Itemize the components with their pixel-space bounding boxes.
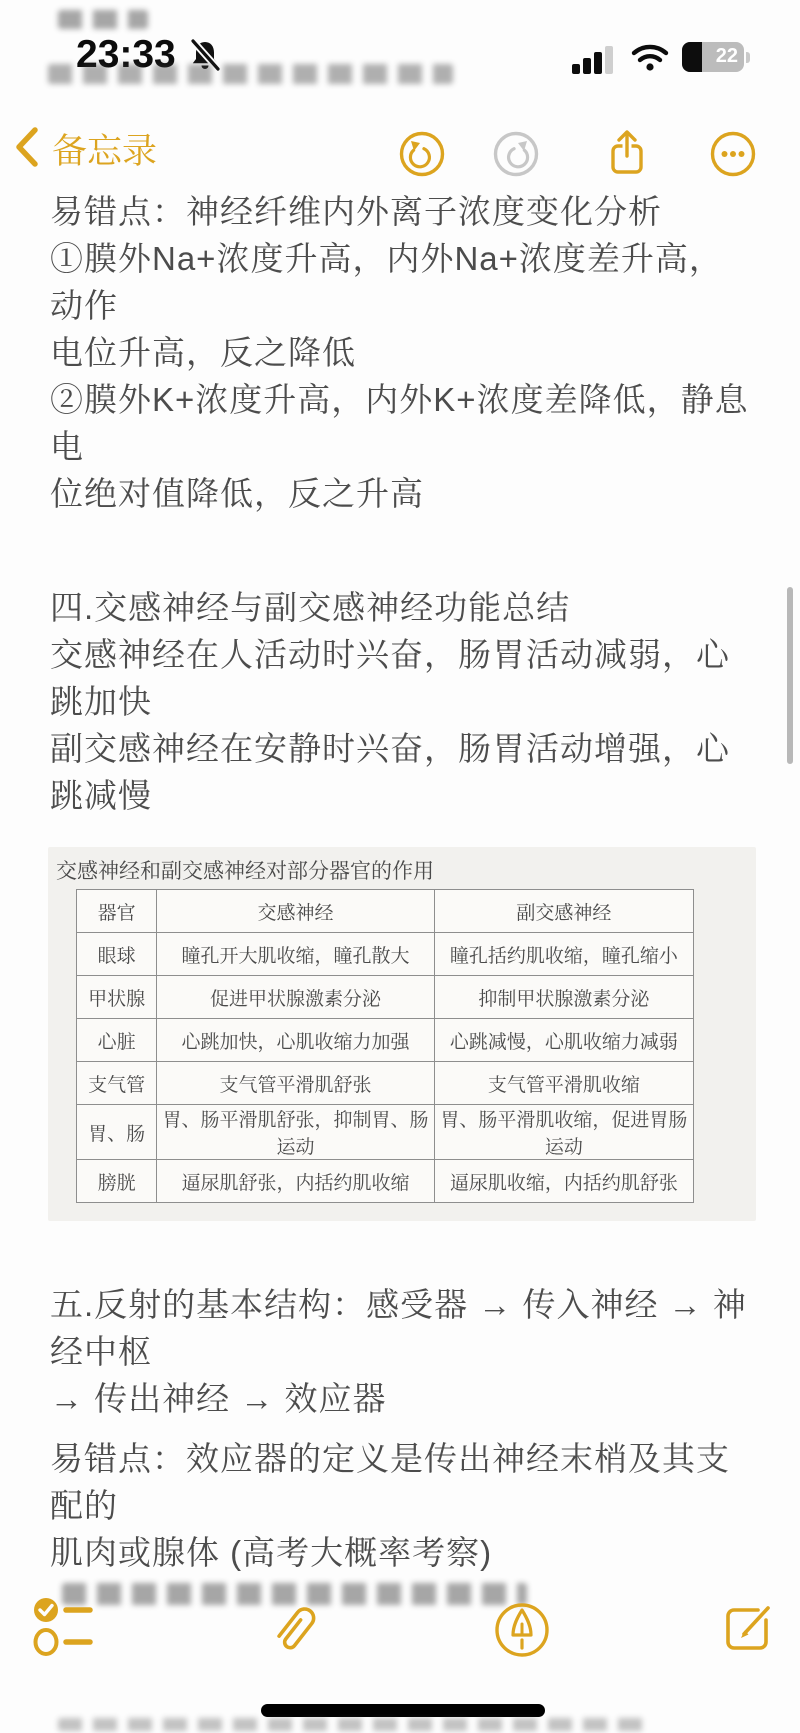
cell-organ: 甲状腺 <box>77 976 157 1019</box>
cell-parasympathetic: 逼尿肌收缩，内括约肌舒张 <box>434 1160 693 1203</box>
undo-button[interactable] <box>398 130 446 183</box>
table-row: 甲状腺 促进甲状腺激素分泌 抑制甲状腺激素分泌 <box>77 976 694 1019</box>
header-sympathetic: 交感神经 <box>157 890 435 933</box>
compose-button[interactable] <box>718 1598 780 1665</box>
paperclip-button[interactable] <box>264 1598 324 1667</box>
cell-organ: 心脏 <box>77 1019 157 1062</box>
cell-organ: 膀胱 <box>77 1160 157 1203</box>
note-paragraph-effector-note[interactable]: 易错点：效应器的定义是传出神经末梢及其支配的 肌肉或腺体 (高考大概率考察) <box>50 1435 756 1576</box>
cell-sympathetic: 瞳孔开大肌收缩，瞳孔散大 <box>157 933 435 976</box>
note-paragraph-sympathetic-summary[interactable]: 四.交感神经与副交感神经功能总结 交感神经在人活动时兴奋，肠胃活动减弱，心 跳加… <box>50 584 756 819</box>
cell-organ: 支气管 <box>77 1062 157 1105</box>
header-organ: 器官 <box>77 890 157 933</box>
ghost-text-artifact <box>48 64 453 84</box>
cell-organ: 胃、肠 <box>77 1105 157 1160</box>
table-row: 膀胱 逼尿肌舒张，内括约肌收缩 逼尿肌收缩，内括约肌舒张 <box>77 1160 694 1203</box>
cell-sympathetic: 胃、肠平滑肌舒张，抑制胃、肠运动 <box>157 1105 435 1160</box>
table-row: 心脏 心跳加快，心肌收缩力加强 心跳减慢，心肌收缩力减弱 <box>77 1019 694 1062</box>
table-row: 胃、肠 胃、肠平滑肌舒张，抑制胃、肠运动 胃、肠平滑肌收缩，促进胃肠运动 <box>77 1105 694 1160</box>
cell-parasympathetic: 胃、肠平滑肌收缩，促进胃肠运动 <box>434 1105 693 1160</box>
more-options-button[interactable] <box>709 130 757 183</box>
scrollbar-thumb[interactable] <box>787 587 793 764</box>
back-button[interactable]: 备忘录 <box>14 124 157 174</box>
cell-parasympathetic: 支气管平滑肌收缩 <box>434 1062 693 1105</box>
battery-percent: 22 <box>716 45 738 68</box>
table-header-row: 器官 交感神经 副交感神经 <box>77 890 694 933</box>
wifi-icon <box>630 42 670 77</box>
share-button[interactable] <box>601 126 653 187</box>
cell-sympathetic: 促进甲状腺激素分泌 <box>157 976 435 1019</box>
cell-parasympathetic: 瞳孔括约肌收缩，瞳孔缩小 <box>434 933 693 976</box>
header-parasympathetic: 副交感神经 <box>434 890 693 933</box>
table-caption: 交感神经和副交感神经对部分器官的作用 <box>56 855 434 885</box>
note-paragraph-reflex-arc[interactable]: 五.反射的基本结构：感受器 → 传入神经 → 神经中枢 → 传出神经 → 效应器 <box>50 1281 756 1422</box>
battery-icon: 22 <box>682 42 744 72</box>
ghost-text-artifact <box>58 1718 653 1731</box>
cell-sympathetic: 心跳加快，心肌收缩力加强 <box>157 1019 435 1062</box>
embedded-table-image[interactable]: 交感神经和副交感神经对部分器官的作用 器官 交感神经 副交感神经 眼球 瞳孔开大… <box>48 847 756 1221</box>
cell-parasympathetic: 心跳减慢，心肌收缩力减弱 <box>434 1019 693 1062</box>
note-paragraph-ion-analysis[interactable]: 易错点：神经纤维内外离子浓度变化分析 ①膜外Na+浓度升高，内外Na+浓度差升高… <box>50 188 756 517</box>
table-row: 眼球 瞳孔开大肌收缩，瞳孔散大 瞳孔括约肌收缩，瞳孔缩小 <box>77 933 694 976</box>
cell-sympathetic: 支气管平滑肌舒张 <box>157 1062 435 1105</box>
organ-effects-table: 器官 交感神经 副交感神经 眼球 瞳孔开大肌收缩，瞳孔散大 瞳孔括约肌收缩，瞳孔… <box>76 889 694 1203</box>
redo-button[interactable] <box>492 130 540 183</box>
back-button-label: 备忘录 <box>52 124 157 174</box>
home-indicator[interactable] <box>261 1704 545 1717</box>
markup-pen-button[interactable] <box>492 1598 552 1667</box>
table-row: 支气管 支气管平滑肌舒张 支气管平滑肌收缩 <box>77 1062 694 1105</box>
cell-organ: 眼球 <box>77 933 157 976</box>
ghost-text-artifact <box>58 10 148 29</box>
checklist-button[interactable] <box>32 1596 114 1663</box>
chevron-back-icon <box>14 125 40 174</box>
cell-parasympathetic: 抑制甲状腺激素分泌 <box>434 976 693 1019</box>
cellular-signal-icon <box>572 44 618 74</box>
battery-fill <box>682 42 702 72</box>
battery-cap <box>746 52 750 63</box>
cell-sympathetic: 逼尿肌舒张，内括约肌收缩 <box>157 1160 435 1203</box>
